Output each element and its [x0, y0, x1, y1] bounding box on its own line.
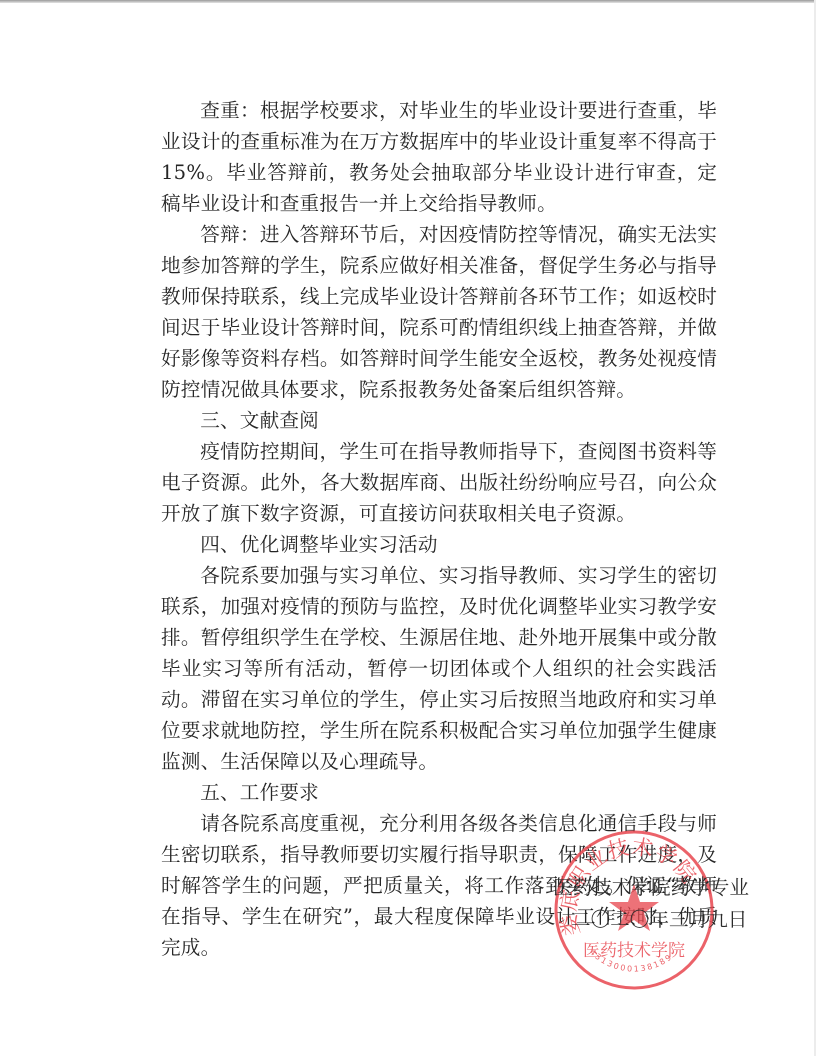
paragraph-defense: 答辩：进入答辩环节后，对因疫情防控等情况，确实无法实地参加答辩的学生，院系应做好…	[161, 219, 717, 405]
section-heading-internship: 四、优化调整毕业实习活动	[161, 529, 717, 560]
paragraph-internship: 各院系要加强与实习单位、实习指导教师、实习学生的密切联系，加强对疫情的预防与监控…	[161, 560, 717, 777]
section-heading-requirements: 五、工作要求	[161, 777, 717, 808]
signature-organization: 医药技术学院药学专业	[553, 872, 749, 904]
signature-date: 二〇二〇年三月九日	[553, 904, 749, 936]
paragraph-literature: 疫情防控期间，学生可在指导教师指导下，查阅图书资料等电子资源。此外，各大数据库商…	[161, 436, 717, 529]
section-heading-literature: 三、文献查阅	[161, 405, 717, 436]
scan-edge-top	[0, 0, 816, 3]
paragraph-plagiarism-check: 查重：根据学校要求，对毕业生的毕业设计要进行查重，毕业设计的查重标准为在万方数据…	[161, 95, 717, 219]
signature-block: 医药技术学院药学专业 二〇二〇年三月九日	[553, 872, 749, 936]
